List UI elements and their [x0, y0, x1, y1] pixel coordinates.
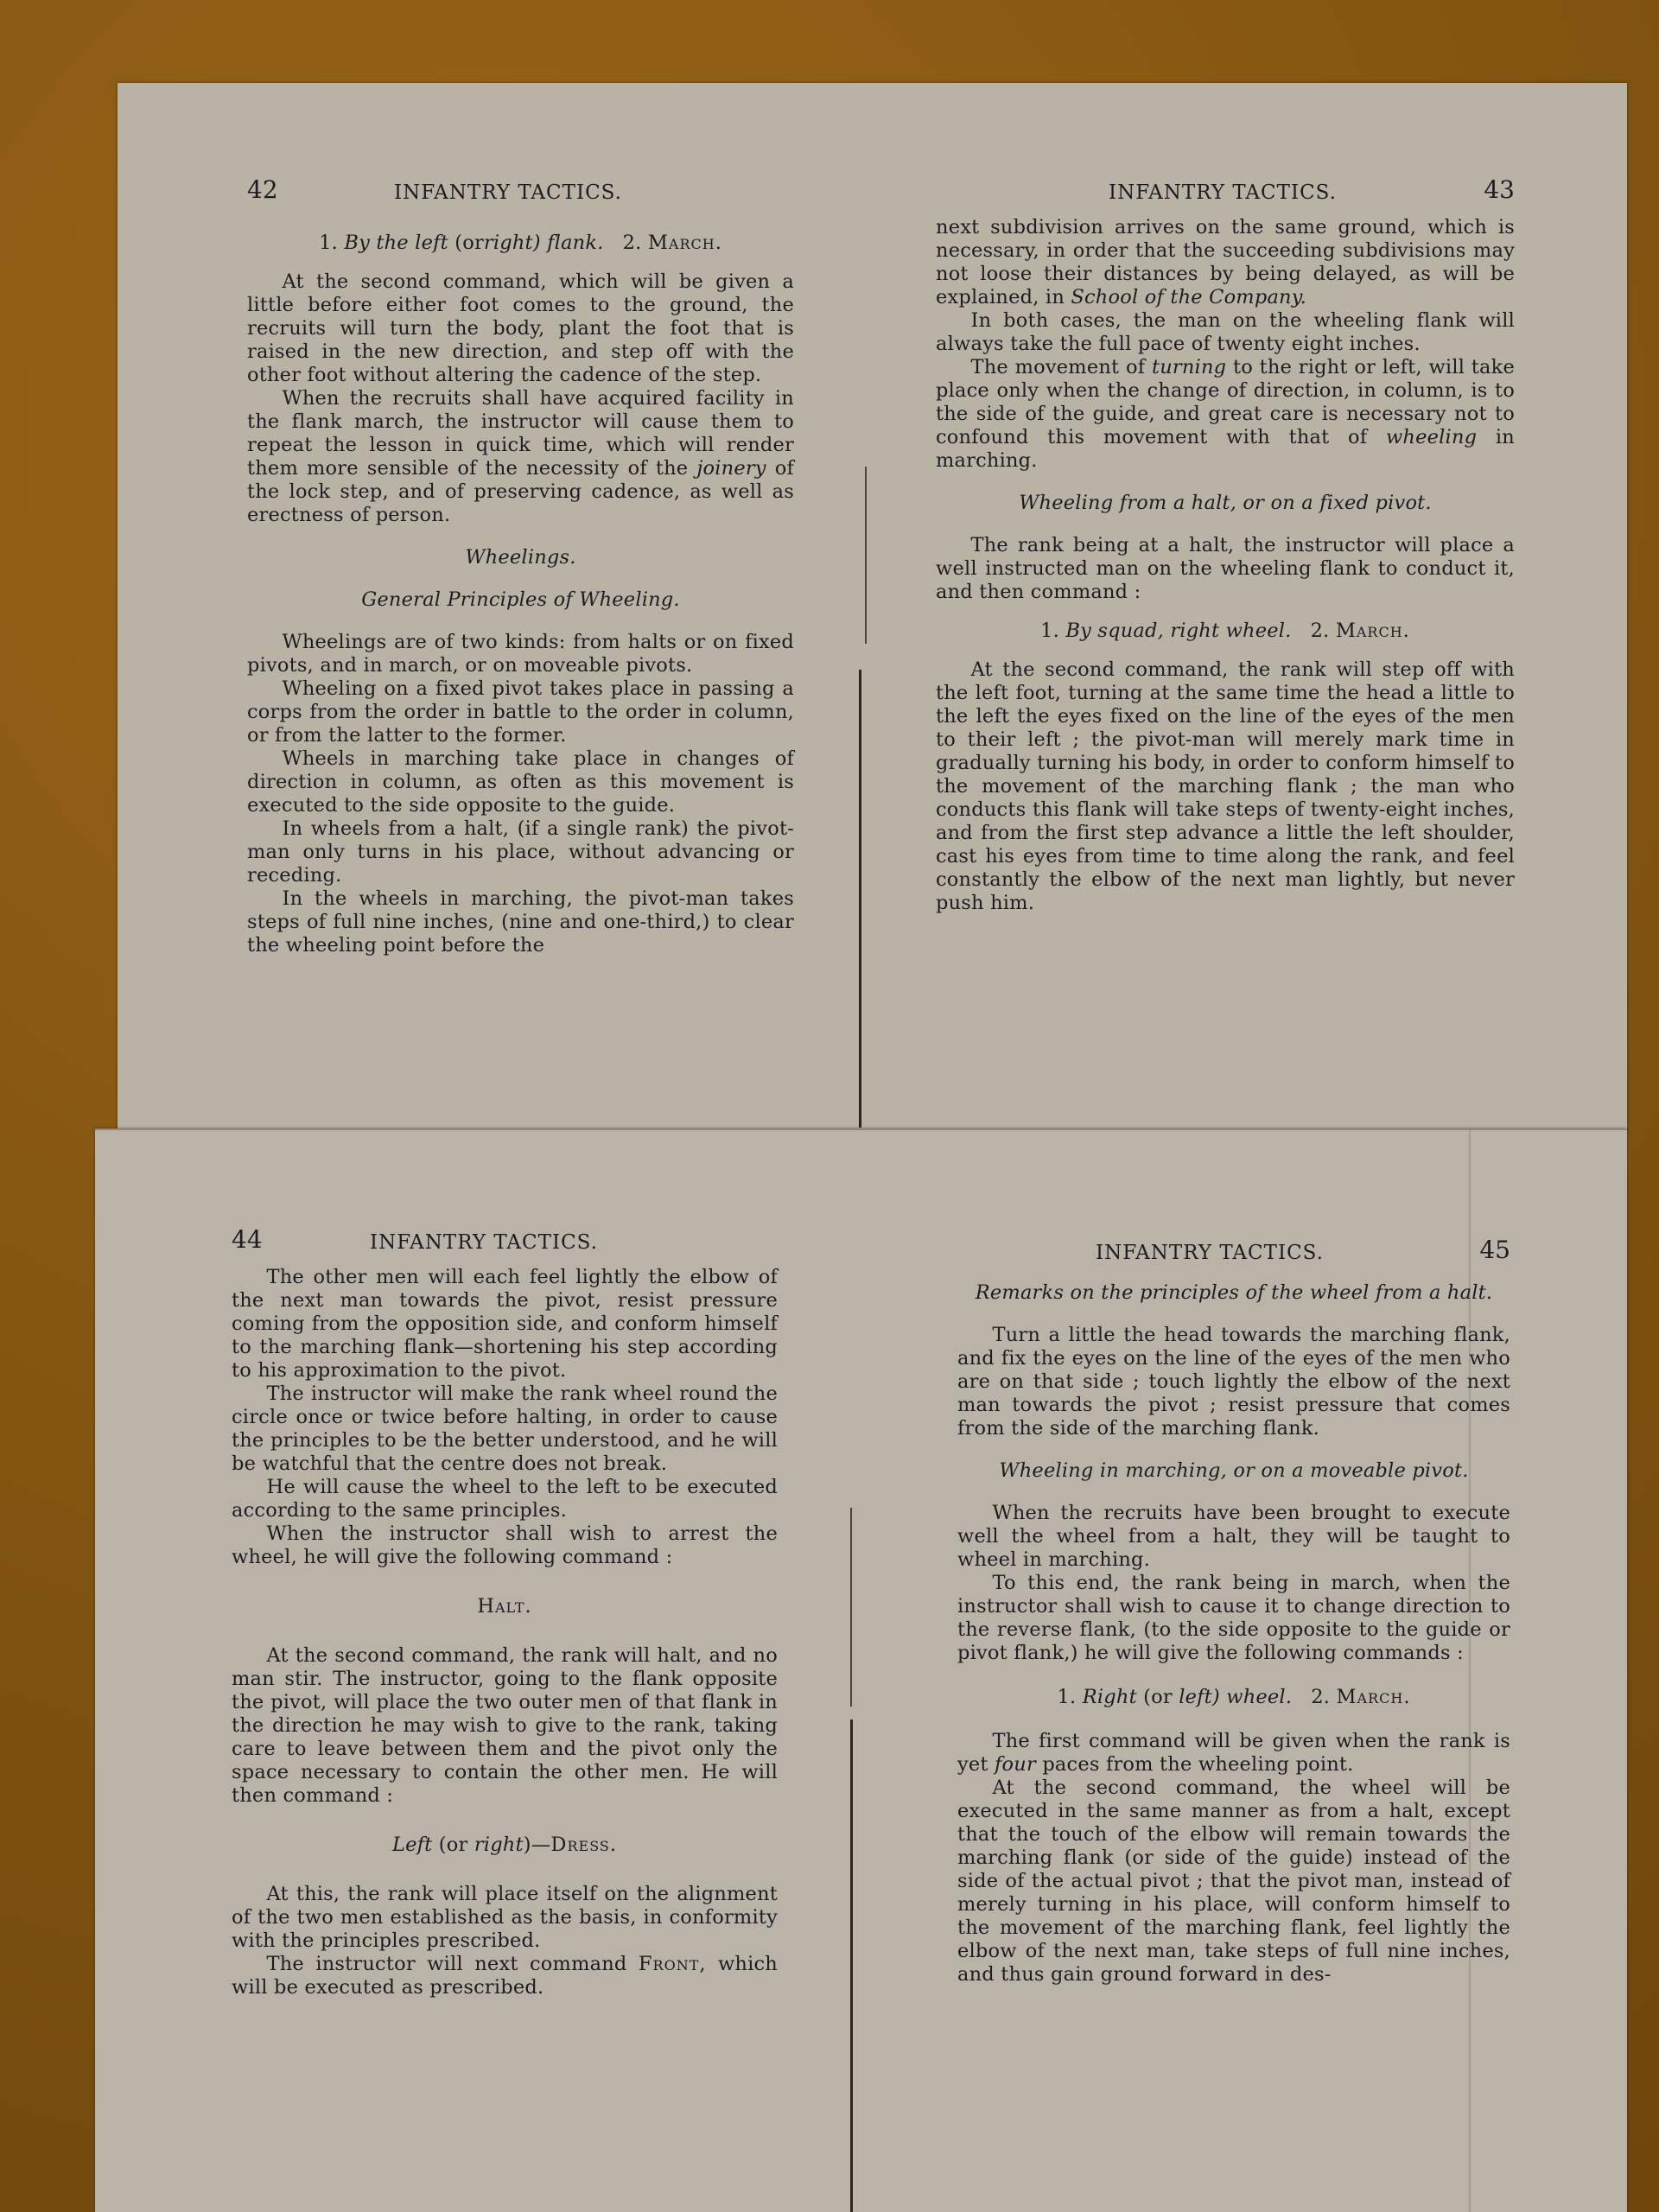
command-text: By squad, right wheel.: [1065, 620, 1291, 642]
page-header: INFANTRY TACTICS. 45: [957, 1242, 1510, 1276]
paragraph: Wheelings are of two kinds: from halts o…: [247, 631, 794, 677]
section-subheading: General Principles of Wheeling.: [247, 588, 794, 612]
emphasis: turning: [1152, 356, 1226, 378]
section-heading: Wheeling from a halt, or on a fixed pivo…: [936, 492, 1515, 515]
command-text: right: [474, 1834, 524, 1856]
command-number: 1.: [1058, 1686, 1077, 1708]
page-number: 45: [1479, 1238, 1510, 1262]
command-line: 1. Right (or left) wheel. 2. March.: [957, 1686, 1510, 1709]
binding-gutter-line: [859, 670, 861, 1128]
running-head: INFANTRY TACTICS.: [1096, 1242, 1324, 1265]
command-text: left): [1179, 1686, 1220, 1708]
command-number: 1.: [1040, 620, 1059, 642]
paragraph: To this end, the rank being in march, wh…: [957, 1572, 1510, 1665]
paragraph: The movement of turning to the right or …: [936, 356, 1515, 473]
page-44: 44 INFANTRY TACTICS. The other men will …: [232, 1231, 778, 1999]
binding-gutter-line: [850, 1719, 853, 2212]
command-line: 1. By squad, right wheel. 2. March.: [936, 620, 1515, 643]
page-header: 44 INFANTRY TACTICS.: [232, 1231, 778, 1266]
section-heading: Wheelings.: [247, 546, 794, 569]
paragraph: In the wheels in marching, the pivot-man…: [247, 887, 794, 957]
binding-gutter-line: [850, 1508, 852, 1707]
emphasis: four: [995, 1753, 1036, 1776]
page-number: 43: [1484, 178, 1515, 201]
command-line: 1. By the left (orright) flank. 2. March…: [247, 232, 794, 255]
command-text: (or: [454, 232, 484, 254]
command-word: March.: [648, 232, 722, 254]
command-word: Front,: [639, 1953, 707, 1975]
command-text: )—: [524, 1834, 551, 1856]
page-45: INFANTRY TACTICS. 45 Remarks on the prin…: [957, 1242, 1510, 1986]
command-text: flank.: [547, 232, 603, 254]
paragraph: At this, the rank will place itself on t…: [232, 1883, 778, 1953]
command-text: wheel.: [1226, 1686, 1292, 1708]
page-header: 42 INFANTRY TACTICS.: [247, 181, 794, 216]
command-halt: Halt.: [232, 1595, 778, 1618]
running-head: INFANTRY TACTICS.: [1109, 181, 1337, 205]
command-number: 1.: [319, 232, 338, 254]
emphasis: wheeling: [1386, 426, 1477, 448]
running-head: INFANTRY TACTICS.: [394, 181, 622, 205]
paragraph: The first command will be given when the…: [957, 1730, 1510, 1777]
paragraph: Wheeling on a fixed pivot takes place in…: [247, 677, 794, 747]
command-number: 2.: [623, 232, 642, 254]
text: The instructor will next command: [267, 1953, 627, 1975]
command-word: March.: [1336, 1686, 1410, 1708]
paragraph: When the recruits shall have acquired fa…: [247, 387, 794, 527]
command-text: By the left: [344, 232, 448, 254]
command-dress: Left (or right)—Dress.: [232, 1834, 778, 1857]
page-header: INFANTRY TACTICS. 43: [936, 181, 1515, 216]
paragraph: next subdivision arrives on the same gro…: [936, 216, 1515, 309]
command-text: right): [484, 232, 541, 254]
paragraph: In wheels from a halt, (if a single rank…: [247, 817, 794, 887]
paragraph: The rank being at a halt, the instructor…: [936, 534, 1515, 604]
paragraph: At the second command, the wheel will be…: [957, 1777, 1510, 1986]
text: The movement of: [971, 356, 1146, 378]
text: paces from the wheeling point.: [1042, 1753, 1353, 1776]
paragraph: Wheels in marching take place in changes…: [247, 747, 794, 817]
paragraph: At the second command, which will be giv…: [247, 270, 794, 387]
paragraph: In both cases, the man on the wheeling f…: [936, 309, 1515, 356]
binding-gutter-line: [865, 467, 867, 644]
paragraph: The instructor will make the rank wheel …: [232, 1382, 778, 1476]
page-42: 42 INFANTRY TACTICS. 1. By the left (orr…: [247, 181, 794, 957]
command-word: March.: [1336, 620, 1410, 642]
command-text: Right: [1083, 1686, 1137, 1708]
paragraph: When the instructor shall wish to arrest…: [232, 1522, 778, 1569]
page-43: INFANTRY TACTICS. 43 next subdivision ar…: [936, 181, 1515, 915]
section-heading: Wheeling in marching, or on a moveable p…: [957, 1459, 1510, 1483]
paragraph: At the second command, the rank will hal…: [232, 1644, 778, 1808]
paragraph: The other men will each feel lightly the…: [232, 1266, 778, 1382]
command-text: (or: [1143, 1686, 1173, 1708]
page-number: 42: [247, 178, 278, 201]
paragraph: The instructor will next command Front, …: [232, 1953, 778, 1999]
running-head: INFANTRY TACTICS.: [370, 1231, 598, 1255]
emphasis: joinery: [696, 457, 766, 480]
command-text: (or: [439, 1834, 468, 1856]
command-number: 2.: [1311, 1686, 1330, 1708]
command-text: Left: [392, 1834, 432, 1856]
paragraph: Turn a little the head towards the march…: [957, 1324, 1510, 1440]
paragraph: He will cause the wheel to the left to b…: [232, 1476, 778, 1522]
section-heading: Remarks on the principles of the wheel f…: [957, 1281, 1510, 1305]
paragraph: When the recruits have been brought to e…: [957, 1502, 1510, 1572]
paragraph: At the second command, the rank will ste…: [936, 658, 1515, 915]
page-number: 44: [232, 1228, 263, 1251]
emphasis: School of the Company.: [1071, 286, 1306, 308]
command-number: 2.: [1311, 620, 1330, 642]
command-word: Dress.: [550, 1834, 617, 1856]
